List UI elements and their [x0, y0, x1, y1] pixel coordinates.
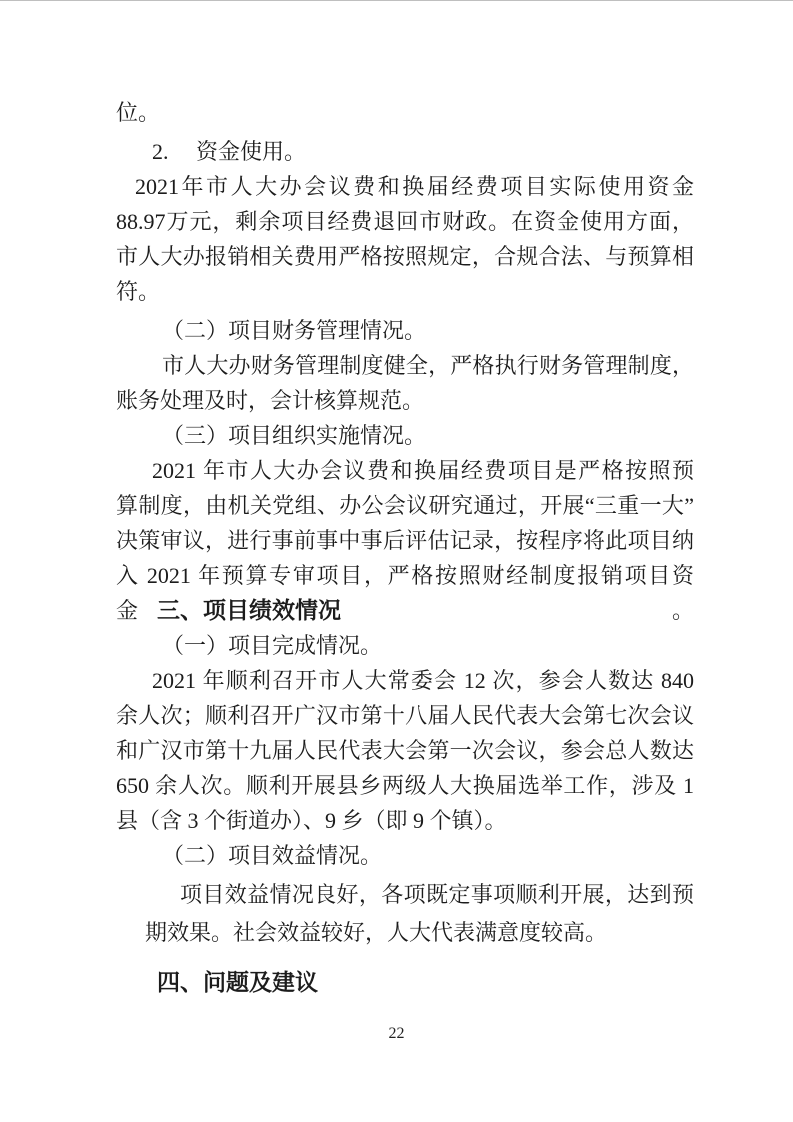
body-text-line: 2021 年市人大办会议费和换届经费项目是严格按照预 — [116, 453, 694, 488]
body-text-line: 期效果。社会效益较好，人大代表满意度较高。 — [116, 915, 694, 950]
body-text-line: 项目效益情况良好，各项既定事项顺利开展，达到预 — [116, 877, 694, 912]
document-page: 位。2. 资金使用。2021年市人大办会议费和换届经费项目实际使用资金88.97… — [0, 0, 793, 1122]
body-text-line: 位。 — [116, 95, 694, 130]
body-text-line: 符。 — [116, 274, 694, 309]
subsection-heading: （三）项目组织实施情况。 — [116, 418, 694, 453]
body-text-line: 和广汉市第十九届人民代表大会第一次会议，参会总人数达 — [116, 733, 694, 768]
body-text-line: 余人次；顺利召开广汉市第十八届人民代表大会第七次会议 — [116, 698, 694, 733]
body-text-line: 2021年市人大办会议费和换届经费项目实际使用资金 — [116, 169, 694, 204]
subsection-heading: （二）项目财务管理情况。 — [116, 313, 694, 348]
body-text-line: 市人大办财务管理制度健全，严格执行财务管理制度， — [116, 348, 694, 383]
subsection-heading: （二）项目效益情况。 — [116, 838, 694, 873]
body-text-line: 88.97万元，剩余项目经费退回市财政。在资金使用方面， — [116, 204, 694, 239]
document-body: 位。2. 资金使用。2021年市人大办会议费和换届经费项目实际使用资金88.97… — [116, 95, 694, 1000]
page-top-edge — [0, 0, 793, 1]
page-number: 22 — [0, 1022, 793, 1046]
body-text-line: 入 2021 年预算专审项目，严格按照财经制度报销项目资金。 — [116, 558, 694, 593]
body-text-line: 县（含 3 个街道办）、9 乡（即 9 个镇）。 — [116, 803, 694, 838]
body-text-line: 650 余人次。顺利开展县乡两级人大换届选举工作，涉及 1 — [116, 768, 694, 803]
body-text-line: 市人大办报销相关费用严格按照规定，合规合法、与预算相 — [116, 239, 694, 274]
body-text-line: 算制度，由机关党组、办公会议研究通过，开展“三重一大” — [116, 488, 694, 523]
section-heading: 四、问题及建议 — [116, 965, 694, 1000]
body-text-line: 账务处理及时，会计核算规范。 — [116, 383, 694, 418]
body-text-line: 决策审议，进行事前事中事后评估记录，按程序将此项目纳 — [116, 523, 694, 558]
subsection-heading: （一）项目完成情况。 — [116, 628, 694, 663]
body-text-line: 2. 资金使用。 — [116, 134, 694, 169]
body-text-line: 2021 年顺利召开市人大常委会 12 次，参会人数达 840 — [116, 663, 694, 698]
